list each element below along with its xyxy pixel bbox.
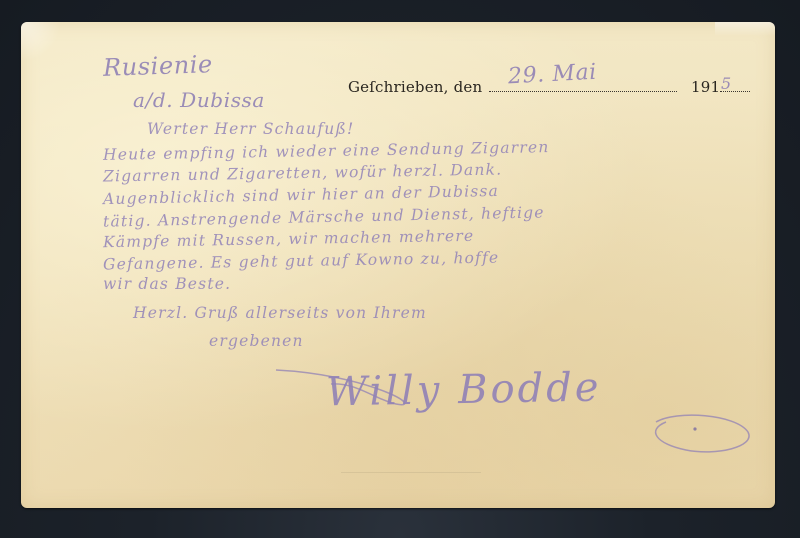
body-line: Augenblicklich sind wir hier an der Dubi… — [103, 182, 499, 208]
body-line: Kämpfe mit Russen, wir machen mehrere — [103, 227, 475, 251]
body-line: Zigarren und Zigaretten, wofür herzl. Da… — [103, 161, 503, 186]
place-river: a/d. Dubissa — [133, 88, 265, 112]
place-name: Rusienie — [103, 50, 214, 82]
body-line: wir das Beste. — [103, 275, 231, 293]
body-line: tätig. Anstrengende Märsche und Dienst, … — [103, 203, 545, 230]
closing-greeting: Herzl. Gruß allerseits von Ihrem — [133, 304, 427, 322]
corner-wear — [21, 22, 61, 62]
handwritten-date: 29. Mai — [507, 60, 597, 90]
printed-year-prefix: 191 — [691, 78, 720, 96]
closing-ergebenen: ergebenen — [209, 332, 304, 350]
corner-wear — [715, 22, 775, 36]
postcard: Rusienie a/d. Dubissa Geſchrieben, den 2… — [21, 22, 775, 508]
date-dotted-line — [489, 91, 677, 92]
printed-date-label: Geſchrieben, den — [348, 78, 482, 96]
faint-mark — [341, 472, 481, 493]
handwritten-year-digit: 5 — [721, 74, 732, 93]
body-line: Gefangene. Es geht gut auf Kowno zu, hof… — [103, 249, 500, 274]
salutation: Werter Herr Schaufuß! — [147, 120, 354, 138]
signature: Willy Bodde — [326, 365, 602, 416]
